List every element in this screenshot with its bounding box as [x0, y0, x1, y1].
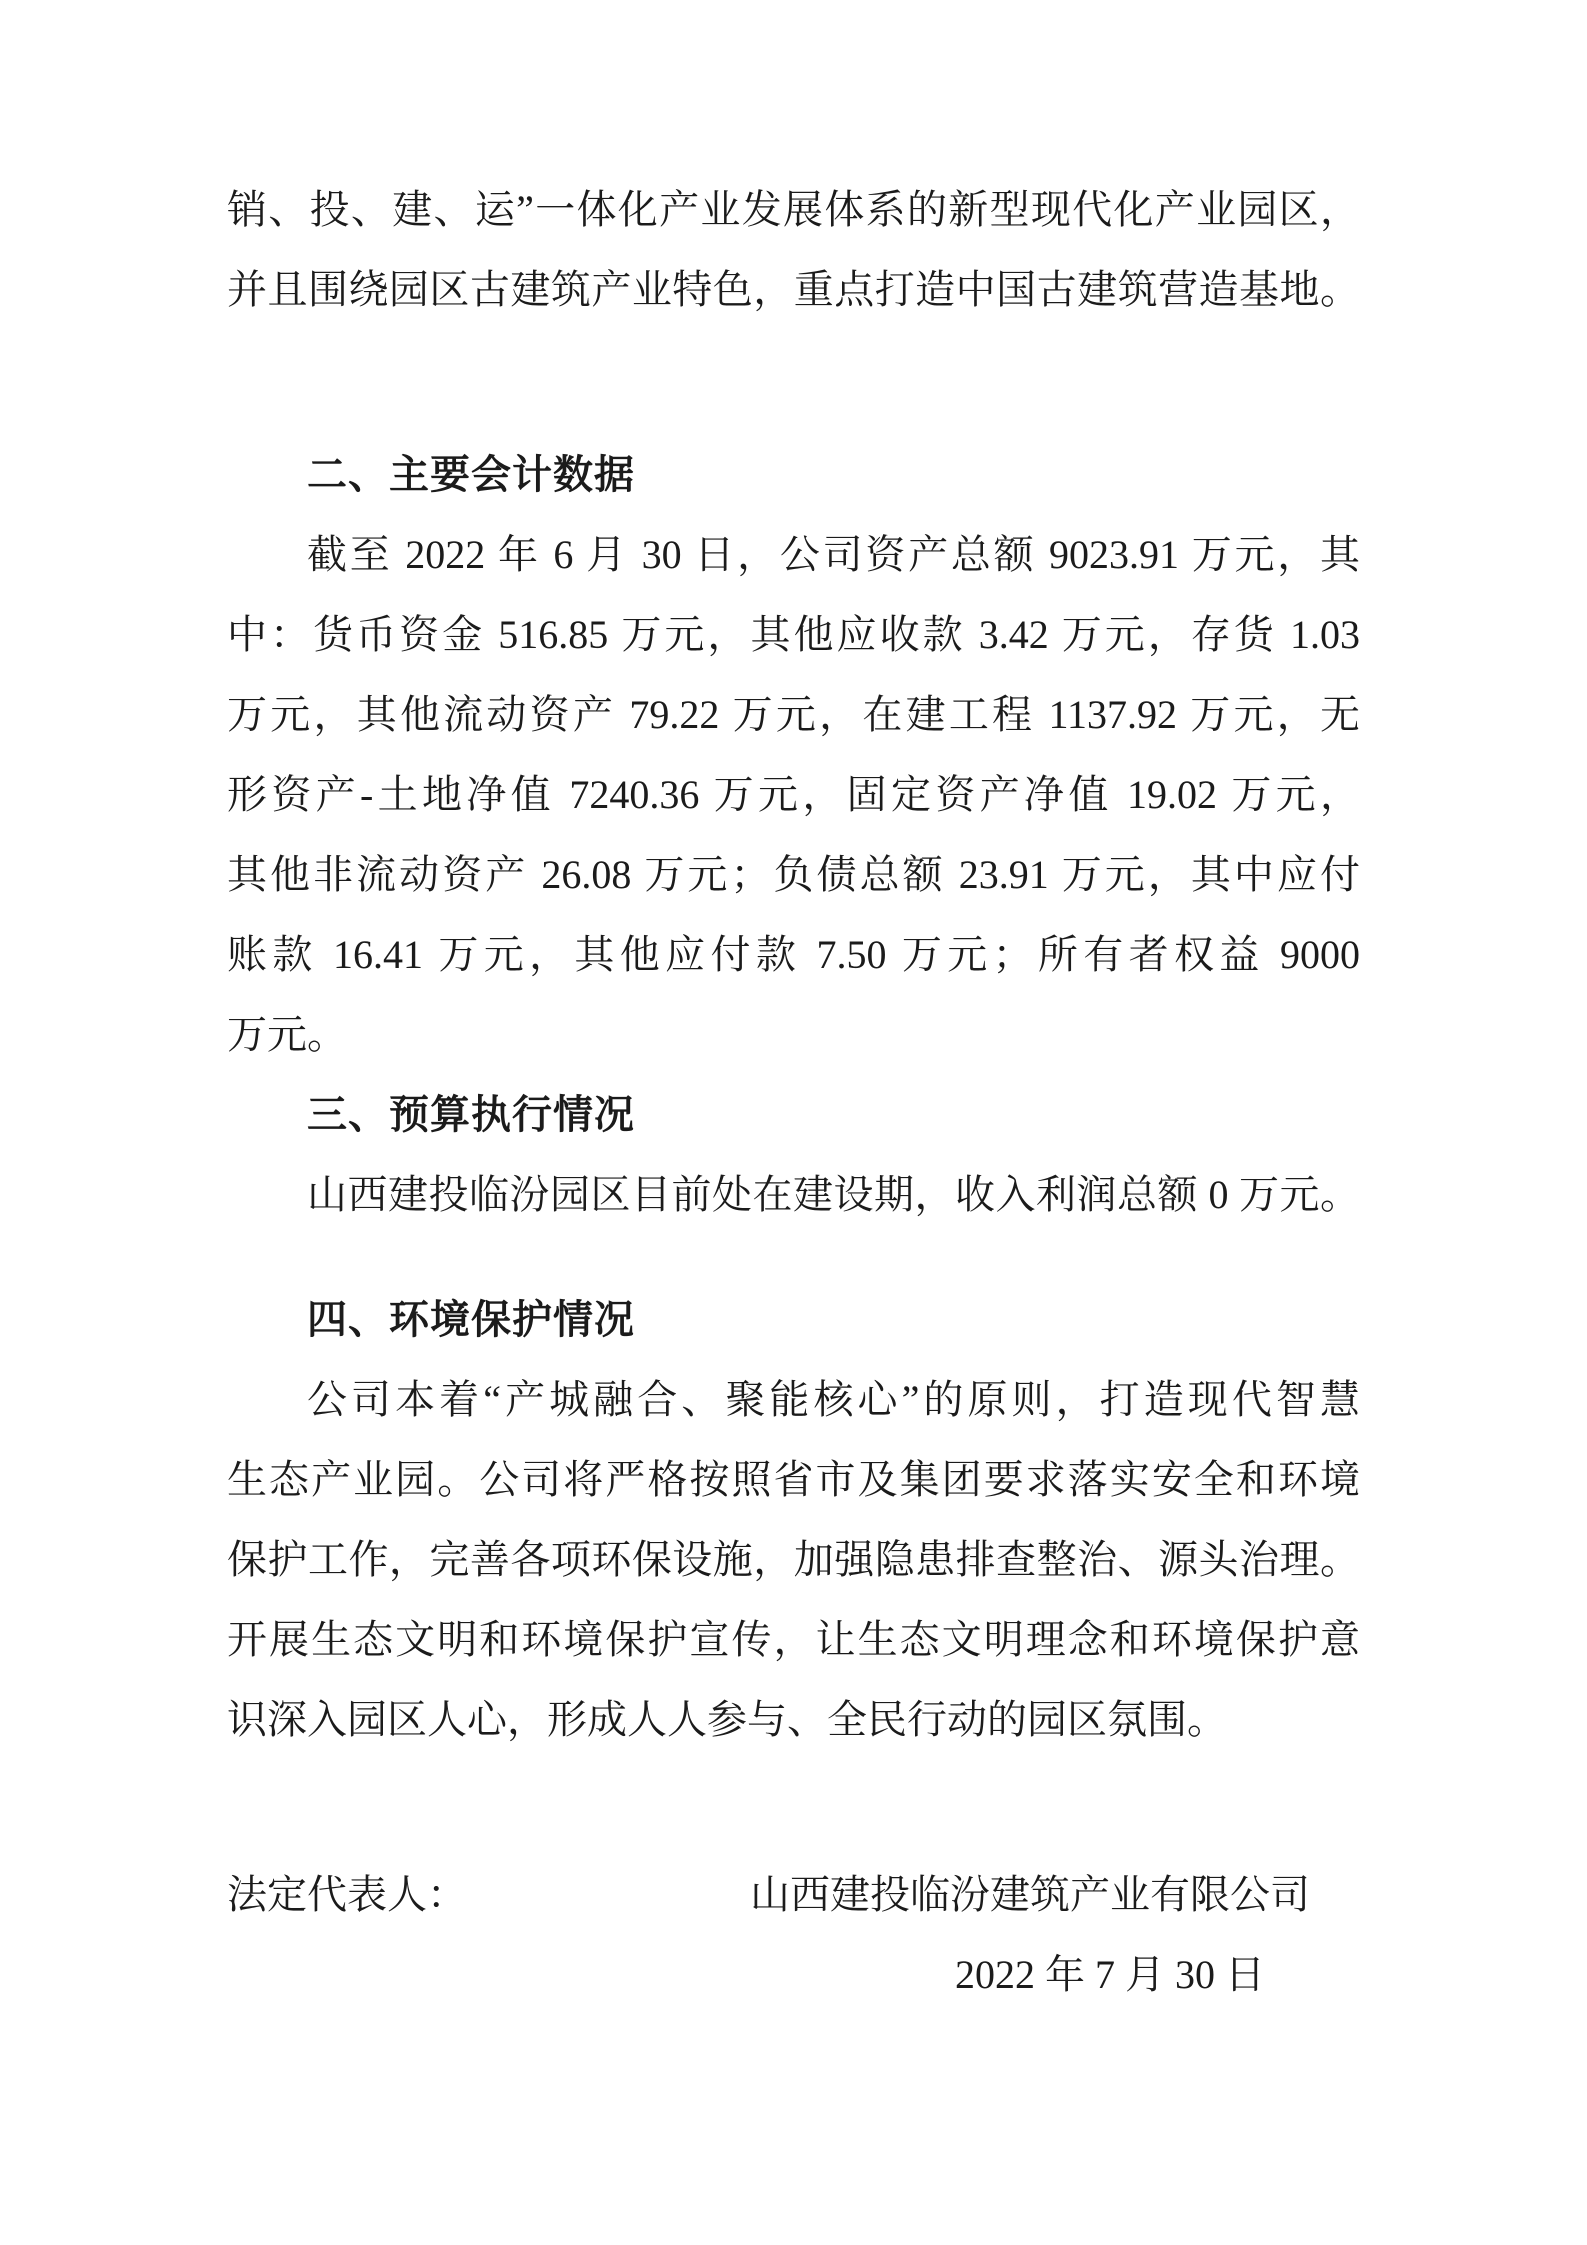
body-line: 开展生态文明和环境保护宣传，让生态文明理念和环境保护意 — [227, 1600, 1360, 1680]
body-line: 其他非流动资产 26.08 万元；负债总额 23.91 万元，其中应付 — [227, 835, 1360, 915]
paragraph-budget-execution: 山西建投临汾园区目前处在建设期，收入利润总额 0 万元。 — [227, 1155, 1360, 1235]
body-line: 中：货币资金 516.85 万元，其他应收款 3.42 万元，存货 1.03 — [227, 595, 1360, 675]
paragraph-accounting-data: 截至 2022 年 6 月 30 日，公司资产总额 9023.91 万元，其 中… — [227, 515, 1360, 1075]
body-line: 截至 2022 年 6 月 30 日，公司资产总额 9023.91 万元，其 — [227, 515, 1360, 595]
company-name: 山西建投临汾建筑产业有限公司 — [750, 1855, 1310, 1935]
paragraph-environment-protection: 公司本着“产城融合、聚能核心”的原则，打造现代智慧 生态产业园。公司将严格按照省… — [227, 1360, 1360, 1760]
date-row: 2022 年 7 月 30 日 — [227, 1935, 1360, 2015]
body-line: 山西建投临汾园区目前处在建设期，收入利润总额 0 万元。 — [227, 1155, 1360, 1235]
document-page: 销、投、建、运”一体化产业发展体系的新型现代化产业园区， 并且围绕园区古建筑产业… — [0, 0, 1587, 2245]
blank-line — [227, 330, 1360, 435]
blank-line — [227, 1760, 1360, 1855]
body-line: 账款 16.41 万元，其他应付款 7.50 万元；所有者权益 9000 — [227, 915, 1360, 995]
section-heading-environment-protection: 四、环境保护情况 — [227, 1280, 1360, 1360]
body-line: 公司本着“产城融合、聚能核心”的原则，打造现代智慧 — [227, 1360, 1360, 1440]
body-line: 形资产-土地净值 7240.36 万元，固定资产净值 19.02 万元， — [227, 755, 1360, 835]
body-line: 并且围绕园区古建筑产业特色，重点打造中国古建筑营造基地。 — [227, 250, 1360, 330]
section-heading-accounting-data: 二、主要会计数据 — [227, 435, 1360, 515]
body-line: 保护工作，完善各项环保设施，加强隐患排查整治、源头治理。 — [227, 1520, 1360, 1600]
body-line: 万元。 — [227, 995, 1360, 1075]
signature-row: 法定代表人： 山西建投临汾建筑产业有限公司 — [227, 1855, 1360, 1935]
body-line: 生态产业园。公司将严格按照省市及集团要求落实安全和环境 — [227, 1440, 1360, 1520]
legal-representative-label: 法定代表人： — [227, 1855, 467, 1935]
paragraph-continuation: 销、投、建、运”一体化产业发展体系的新型现代化产业园区， 并且围绕园区古建筑产业… — [227, 170, 1360, 330]
document-date: 2022 年 7 月 30 日 — [955, 1935, 1265, 2015]
section-heading-budget-execution: 三、预算执行情况 — [227, 1075, 1360, 1155]
body-line: 万元，其他流动资产 79.22 万元，在建工程 1137.92 万元，无 — [227, 675, 1360, 755]
body-line: 识深入园区人心，形成人人参与、全民行动的园区氛围。 — [227, 1680, 1360, 1760]
blank-line — [227, 1235, 1360, 1280]
body-line: 销、投、建、运”一体化产业发展体系的新型现代化产业园区， — [227, 170, 1360, 250]
